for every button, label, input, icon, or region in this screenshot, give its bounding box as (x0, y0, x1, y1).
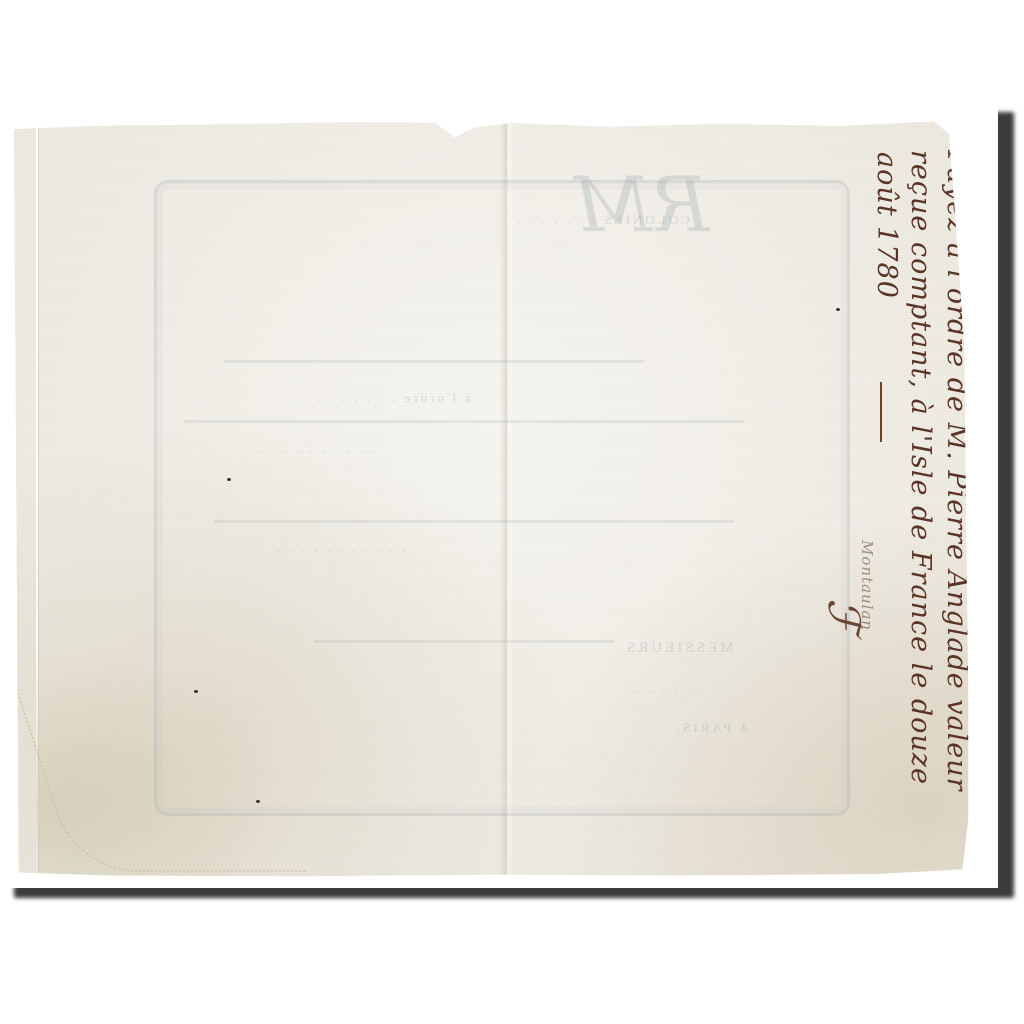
ink-underline (880, 382, 882, 442)
bleed-through-rule (224, 360, 644, 363)
bleed-through-monogram: RM (574, 160, 709, 249)
bleed-through-footer: . . . . . . . (634, 680, 715, 696)
endorsement-line-2: reçue comptant, à l'Isle de France le do… (905, 150, 936, 785)
endorsement-line-3: août 1780 (871, 152, 902, 299)
document-viewer: RM COLONIES . . . . . . . à l'ordre . . … (0, 0, 1024, 1024)
bleed-through-header: COLONIES . . . . . . . (514, 212, 690, 228)
paper-speck (836, 308, 840, 311)
bleed-through-rule (314, 640, 614, 643)
paper-speck (227, 478, 231, 481)
bleed-through-rule (184, 420, 744, 423)
bleed-through-rule (214, 520, 734, 523)
bleed-through-footer: A PARIS. (674, 720, 749, 736)
document-sheet: RM COLONIES . . . . . . . à l'ordre . . … (14, 120, 972, 880)
paper-speck (194, 690, 198, 693)
bleed-through-line: à l'ordre . . . . . . . (314, 390, 471, 406)
bleed-through-line: . . . . . . . . . . . (244, 440, 375, 456)
signature-paraph: ℱ (818, 598, 869, 633)
bleed-through-footer: MESSIEURS (624, 640, 734, 657)
bleed-through-line: . . . . . . . . . . . (274, 540, 405, 556)
paper-speck (256, 800, 260, 803)
